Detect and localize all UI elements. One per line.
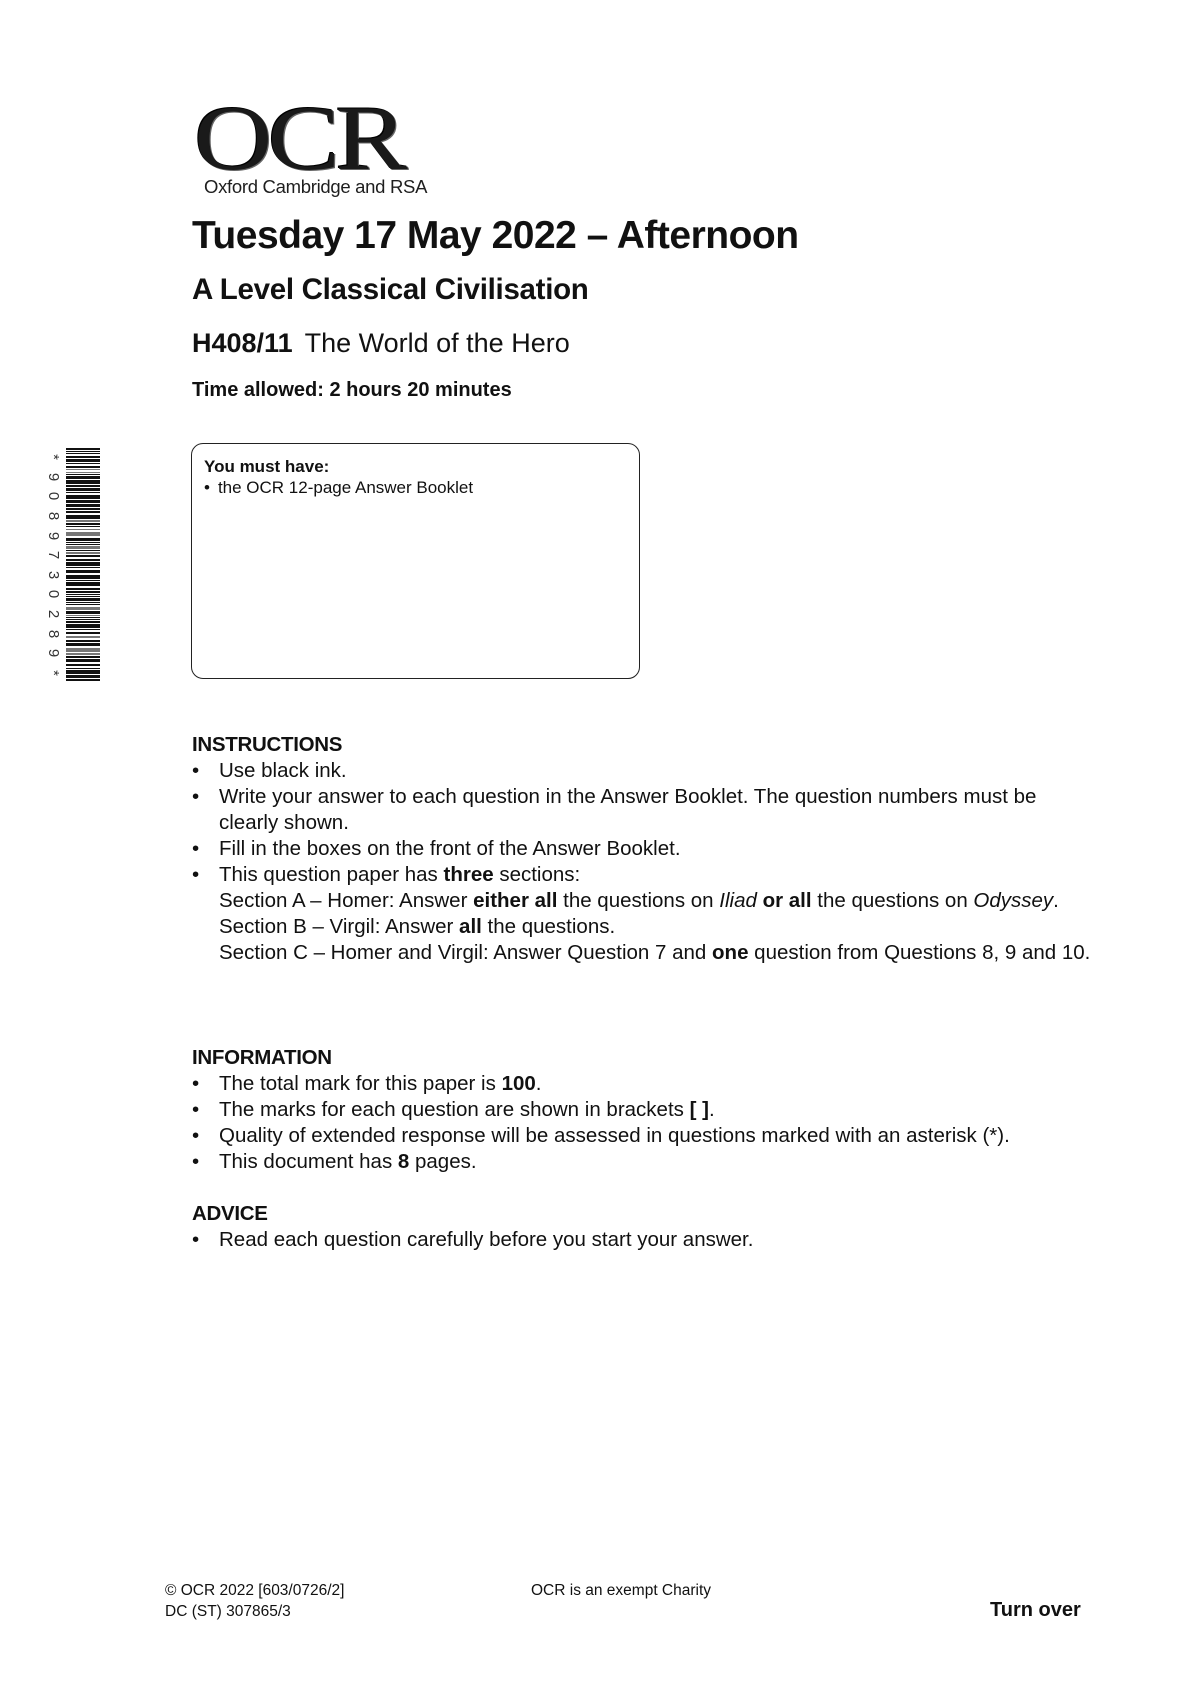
advice-heading: ADVICE bbox=[192, 1201, 1092, 1227]
instruction-item: Use black ink. bbox=[192, 758, 1092, 784]
instruction-item: Write your answer to each question in th… bbox=[192, 784, 1092, 836]
turn-over-label: Turn over bbox=[990, 1600, 1081, 1621]
instruction-item: Fill in the boxes on the front of the An… bbox=[192, 836, 1092, 862]
exam-date: Tuesday 17 May 2022 – Afternoon bbox=[192, 214, 799, 258]
instructions-heading: INSTRUCTIONS bbox=[192, 732, 1092, 758]
advice-item: Read each question carefully before you … bbox=[192, 1227, 1092, 1253]
information-item: The total mark for this paper is 100. bbox=[192, 1071, 1092, 1097]
information-item: The marks for each question are shown in… bbox=[192, 1097, 1092, 1123]
section-description: Section A – Homer: Answer either all the… bbox=[192, 888, 1092, 914]
advice-list: Read each question carefully before you … bbox=[192, 1227, 1092, 1253]
exam-subject: A Level Classical Civilisation bbox=[192, 273, 589, 307]
section-description: Section C – Homer and Virgil: Answer Que… bbox=[192, 940, 1092, 966]
footer-charity: OCR is an exempt Charity bbox=[531, 1580, 711, 1601]
information-item: Quality of extended response will be ass… bbox=[192, 1123, 1092, 1149]
ocr-logo-tagline: Oxford Cambridge and RSA bbox=[204, 176, 427, 198]
footer-copyright: © OCR 2022 [603/0726/2] bbox=[165, 1580, 344, 1601]
must-have-title: You must have: bbox=[204, 456, 627, 477]
paper-title: The World of the Hero bbox=[305, 328, 570, 358]
information-section: INFORMATION The total mark for this pape… bbox=[192, 1045, 1092, 1175]
barcode-bars-icon bbox=[66, 448, 100, 682]
instructions-section: INSTRUCTIONS Use black ink.Write your an… bbox=[192, 732, 1092, 966]
barcode: *9089730289* bbox=[44, 448, 100, 682]
information-item: This document has 8 pages. bbox=[192, 1149, 1092, 1175]
section-description: Section B – Virgil: Answer all the quest… bbox=[192, 914, 1092, 940]
must-have-item: •the OCR 12-page Answer Booklet bbox=[204, 477, 627, 498]
advice-section: ADVICE Read each question carefully befo… bbox=[192, 1201, 1092, 1253]
paper-code: H408/11 bbox=[192, 328, 293, 358]
ocr-logo: OCR Oxford Cambridge and RSA bbox=[194, 98, 434, 198]
you-must-have-box: You must have: •the OCR 12-page Answer B… bbox=[191, 443, 640, 679]
information-heading: INFORMATION bbox=[192, 1045, 1092, 1071]
information-list: The total mark for this paper is 100.The… bbox=[192, 1071, 1092, 1175]
instruction-item: This question paper has three sections: bbox=[192, 862, 1092, 888]
barcode-digits: *9089730289* bbox=[44, 448, 62, 682]
time-allowed: Time allowed: 2 hours 20 minutes bbox=[192, 379, 512, 402]
footer-reference: DC (ST) 307865/3 bbox=[165, 1601, 344, 1622]
ocr-logo-mark: OCR bbox=[194, 98, 403, 178]
instructions-list: Use black ink.Write your answer to each … bbox=[192, 758, 1092, 966]
footer-left: © OCR 2022 [603/0726/2] DC (ST) 307865/3 bbox=[165, 1580, 344, 1622]
paper-code-line: H408/11The World of the Hero bbox=[192, 328, 570, 359]
